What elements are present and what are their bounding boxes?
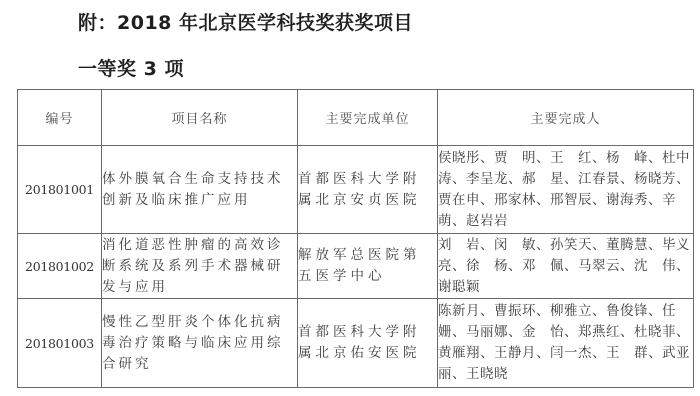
project-unit: 解放军总医院第五医学中心 [298,234,438,299]
header-id: 编号 [18,90,102,146]
header-main-people: 主要完成人 [438,90,694,146]
award-level-heading: 一等奖 3 项 [78,54,184,81]
header-project-name: 项目名称 [102,90,298,146]
project-unit: 首都医科大学附属北京安贞医院 [298,146,438,234]
project-name: 体外膜氧合生命支持技术创新及临床推广应用 [102,146,298,234]
table-row: 201801001 体外膜氧合生命支持技术创新及临床推广应用 首都医科大学附属北… [18,146,694,234]
document-title: 附：2018 年北京医学科技奖获奖项目 [78,8,413,35]
project-people: 陈新月、曹振环、柳雅立、鲁俊锋、任 姗、马丽娜、金 怡、郑燕红、杜晓菲、黄雁翔、… [438,299,694,388]
project-people: 侯晓彤、贾 明、王 红、杨 峰、杜中涛、李呈龙、郝 星、江春景、杨晓芳、贾在申、… [438,146,694,234]
table-row: 201801003 慢性乙型肝炎个体化抗病毒治疗策略与临床应用综合研究 首都医科… [18,299,694,388]
project-id: 201801003 [18,299,102,388]
project-id: 201801001 [18,146,102,234]
project-people: 刘 岩、闵 敏、孙笑天、董腾慧、毕义亮、徐 杨、邓 佩、马翠云、沈 伟、谢聪颖 [438,234,694,299]
project-unit: 首都医科大学附属北京佑安医院 [298,299,438,388]
project-id: 201801002 [18,234,102,299]
table-row: 201801002 消化道恶性肿瘤的高效诊断系统及系列手术器械研发与应用 解放军… [18,234,694,299]
project-name: 消化道恶性肿瘤的高效诊断系统及系列手术器械研发与应用 [102,234,298,299]
awards-table: 编号 项目名称 主要完成单位 主要完成人 201801001 体外膜氧合生命支持… [17,89,694,388]
project-name: 慢性乙型肝炎个体化抗病毒治疗策略与临床应用综合研究 [102,299,298,388]
header-main-unit: 主要完成单位 [298,90,438,146]
table-header-row: 编号 项目名称 主要完成单位 主要完成人 [18,90,694,146]
